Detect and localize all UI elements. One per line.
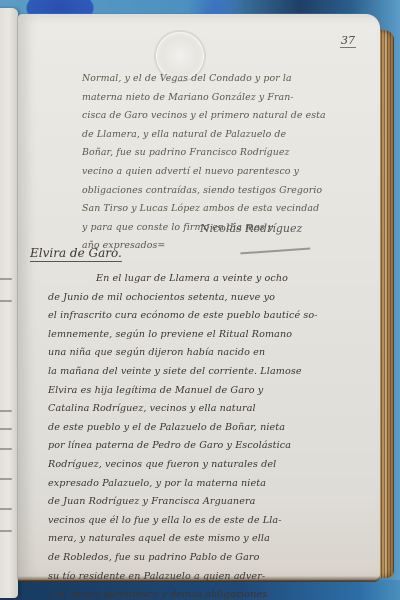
text-line: de Juan Rodríguez y Francisca Arguanera bbox=[48, 493, 368, 512]
left-page-ink bbox=[0, 300, 12, 302]
text-line: el infrascrito cura ecónomo de este pueb… bbox=[48, 307, 368, 326]
left-page-edge bbox=[0, 8, 18, 598]
margin-entry-title: Elvira de Garo. bbox=[30, 246, 122, 262]
text-line: de Robledos, fue su padrino Pablo de Gar… bbox=[48, 549, 368, 568]
text-line: Boñar, fue su padrino Francisco Rodrígue… bbox=[82, 144, 362, 163]
left-page-ink bbox=[0, 508, 12, 510]
baptism-entry-text: En el lugar de Llamera a veinte y ocho d… bbox=[48, 270, 368, 600]
left-page-ink bbox=[0, 428, 12, 430]
text-line: una niña que según dijeron había nacido … bbox=[48, 344, 368, 363]
folio-number: 37 bbox=[340, 34, 356, 48]
text-line: vecinos que él lo fue y ella lo es de es… bbox=[48, 512, 368, 531]
text-line: la mañana del veinte y siete del corrien… bbox=[48, 363, 368, 382]
text-line: Catalina Rodríguez, vecinos y ella natur… bbox=[48, 400, 368, 419]
left-page-ink bbox=[0, 530, 12, 532]
text-line: obligaciones contraídas, siendo testigos… bbox=[82, 182, 362, 201]
text-line: mera, y naturales aquel de este mismo y … bbox=[48, 530, 368, 549]
text-line: de Junio de mil ochocientos setenta, nue… bbox=[48, 289, 368, 308]
text-line: materna nieto de Mariano González y Fran… bbox=[82, 89, 362, 108]
text-line: Elvira es hija legítima de Manuel de Gar… bbox=[48, 382, 368, 401]
text-line: En el lugar de Llamera a veinte y ocho bbox=[48, 270, 368, 289]
text-line: lemnemente, según lo previene el Ritual … bbox=[48, 326, 368, 345]
text-line: Rodríguez, vecinos que fueron y naturale… bbox=[48, 456, 368, 475]
left-page-ink bbox=[0, 278, 12, 280]
text-line: Normal, y el de Vegas del Condado y por … bbox=[82, 70, 362, 89]
text-line: por línea paterna de Pedro de Garo y Esc… bbox=[48, 437, 368, 456]
text-line: de este pueblo y el de Palazuelo de Boña… bbox=[48, 419, 368, 438]
text-line: año expresados= bbox=[82, 237, 362, 256]
text-line: San Tirso y Lucas López ambos de esta ve… bbox=[82, 200, 362, 219]
signature: Nicolás Rodríguez bbox=[200, 222, 302, 235]
left-page-ink bbox=[0, 478, 12, 480]
left-page-ink bbox=[0, 448, 12, 450]
text-line: su tío residente en Palazuelo a quien ad… bbox=[48, 568, 368, 587]
text-line: expresado Palazuelo, y por la materna ni… bbox=[48, 475, 368, 494]
text-line: de Llamera, y ella natural de Palazuelo … bbox=[82, 126, 362, 145]
left-page-ink bbox=[0, 410, 12, 412]
text-line: tí el nuevo parentesco y demás obligacio… bbox=[48, 586, 368, 600]
text-line: vecino a quien advertí el nuevo parentes… bbox=[82, 163, 362, 182]
text-line: cisca de Garo vecinos y el primero natur… bbox=[82, 107, 362, 126]
